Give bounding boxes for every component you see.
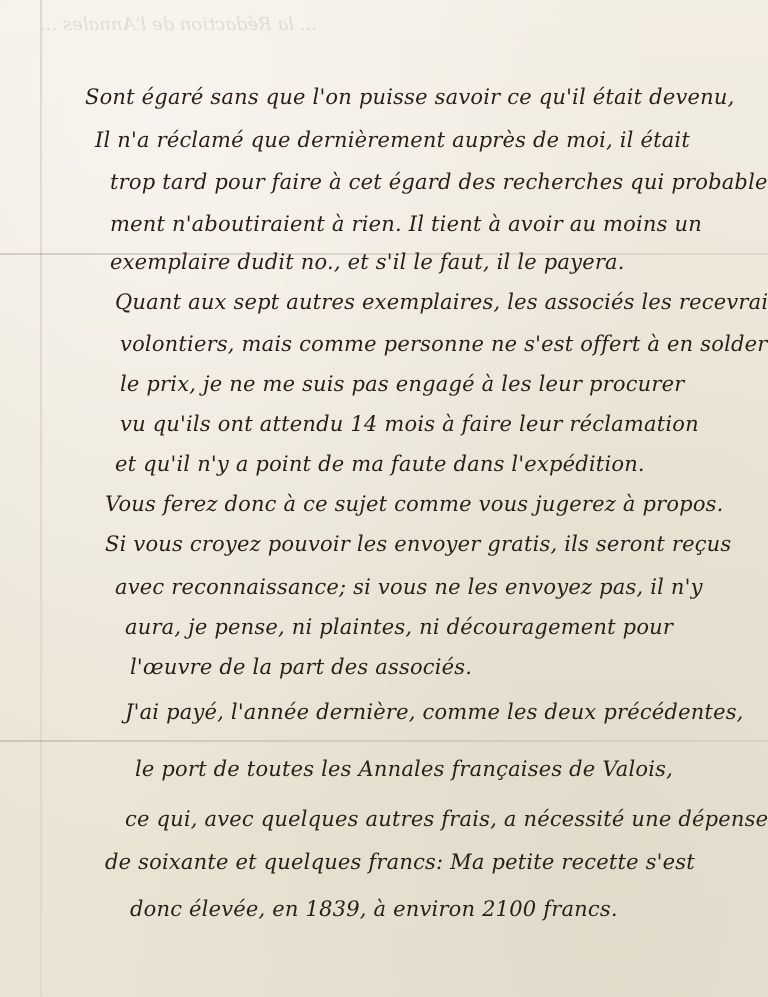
text-line-12: Si vous croyez pouvoir les envoyer grati… (105, 532, 731, 556)
text-line-6: Quant aux sept autres exemplaires, les a… (115, 290, 768, 314)
text-line-15: l'œuvre de la part des associés. (130, 655, 472, 679)
text-line-3: trop tard pour faire à cet égard des rec… (110, 170, 768, 194)
text-line-16: J'ai payé, l'année dernière, comme les d… (125, 700, 744, 724)
text-line-7: volontiers, mais comme personne ne s'est… (120, 332, 768, 356)
text-line-17: le port de toutes les Annales françaises… (135, 757, 673, 781)
text-line-20: donc élevée, en 1839, à environ 2100 fra… (130, 897, 618, 921)
text-line-19: de soixante et quelques francs: Ma petit… (105, 850, 695, 874)
vertical-fold-crease (40, 0, 42, 997)
letter-page: ... la Rédaction de l'Annales ... Sont é… (0, 0, 768, 997)
text-line-10: et qu'il n'y a point de ma faute dans l'… (115, 452, 645, 476)
text-line-14: aura, je pense, ni plaintes, ni décourag… (125, 615, 673, 639)
text-line-13: avec reconnaissance; si vous ne les envo… (115, 575, 703, 599)
text-line-2: Il n'a réclamé que dernièrement auprès d… (95, 128, 690, 152)
text-line-8: le prix, je ne me suis pas engagé à les … (120, 372, 685, 396)
text-line-5: exemplaire dudit no., et s'il le faut, i… (110, 250, 625, 274)
text-line-4: ment n'aboutiraient à rien. Il tient à a… (110, 212, 702, 236)
text-line-9: vu qu'ils ont attendu 14 mois à faire le… (120, 412, 699, 436)
text-line-1: Sont égaré sans que l'on puisse savoir c… (85, 85, 734, 109)
horizontal-fold-crease (0, 740, 768, 742)
bleed-through-header: ... la Rédaction de l'Annales ... (40, 10, 317, 40)
text-line-11: Vous ferez donc à ce sujet comme vous ju… (105, 492, 724, 516)
text-line-18: ce qui, avec quelques autres frais, a né… (125, 807, 768, 831)
